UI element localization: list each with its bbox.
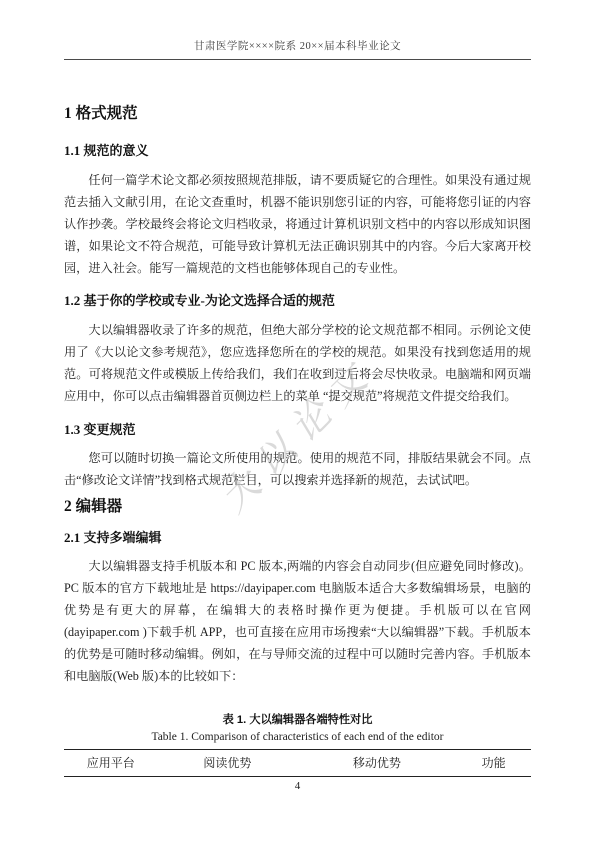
paragraph-1-2: 大以编辑器收录了许多的规范，但绝大部分学校的论文规范都不相同。示例论文使用了《大… [64,319,531,407]
header-rule [64,59,531,60]
thesis-page: 大以论文 甘肃医学院××××院系 20××届本科毕业论文 1 格式规范 1.1 … [0,0,595,842]
table-header-mobile-advantage: 移动优势 [297,750,456,777]
page-body: 1 格式规范 1.1 规范的意义 任何一篇学术论文都必须按照规范排版，请不要质疑… [64,104,531,777]
subsection-heading-1-1: 1.1 规范的意义 [64,142,531,160]
table-header-row: 应用平台 阅读优势 移动优势 功能 [64,750,531,777]
paragraph-1-1: 任何一篇学术论文都必须按照规范排版，请不要质疑它的合理性。如果没有通过规范去插入… [64,169,531,279]
page-number: 4 [0,780,595,792]
table-header-function: 功能 [456,750,531,777]
section-heading-1: 1 格式规范 [64,104,531,124]
table-header-platform: 应用平台 [64,750,157,777]
paragraph-1-3: 您可以随时切换一篇论文所使用的规范。使用的规范不同，排版结果就会不同。点击“修改… [64,447,531,491]
subsection-heading-1-3: 1.3 变更规范 [64,421,531,439]
table-header-reading-advantage: 阅读优势 [157,750,297,777]
page-header: 甘肃医学院××××院系 20××届本科毕业论文 [64,0,531,53]
subsection-heading-2-1: 2.1 支持多端编辑 [64,529,531,547]
table-caption-en: Table 1. Comparison of characteristics o… [64,731,531,743]
comparison-table: 应用平台 阅读优势 移动优势 功能 [64,749,531,777]
subsection-heading-1-2: 1.2 基于你的学校或专业-为论文选择合适的规范 [64,292,531,310]
paragraph-2-1: 大以编辑器支持手机版本和 PC 版本,两端的内容会自动同步(但应避免同时修改)。… [64,555,531,687]
section-heading-2: 2 编辑器 [64,497,531,517]
table-caption-zh: 表 1. 大以编辑器各端特性对比 [64,711,531,727]
